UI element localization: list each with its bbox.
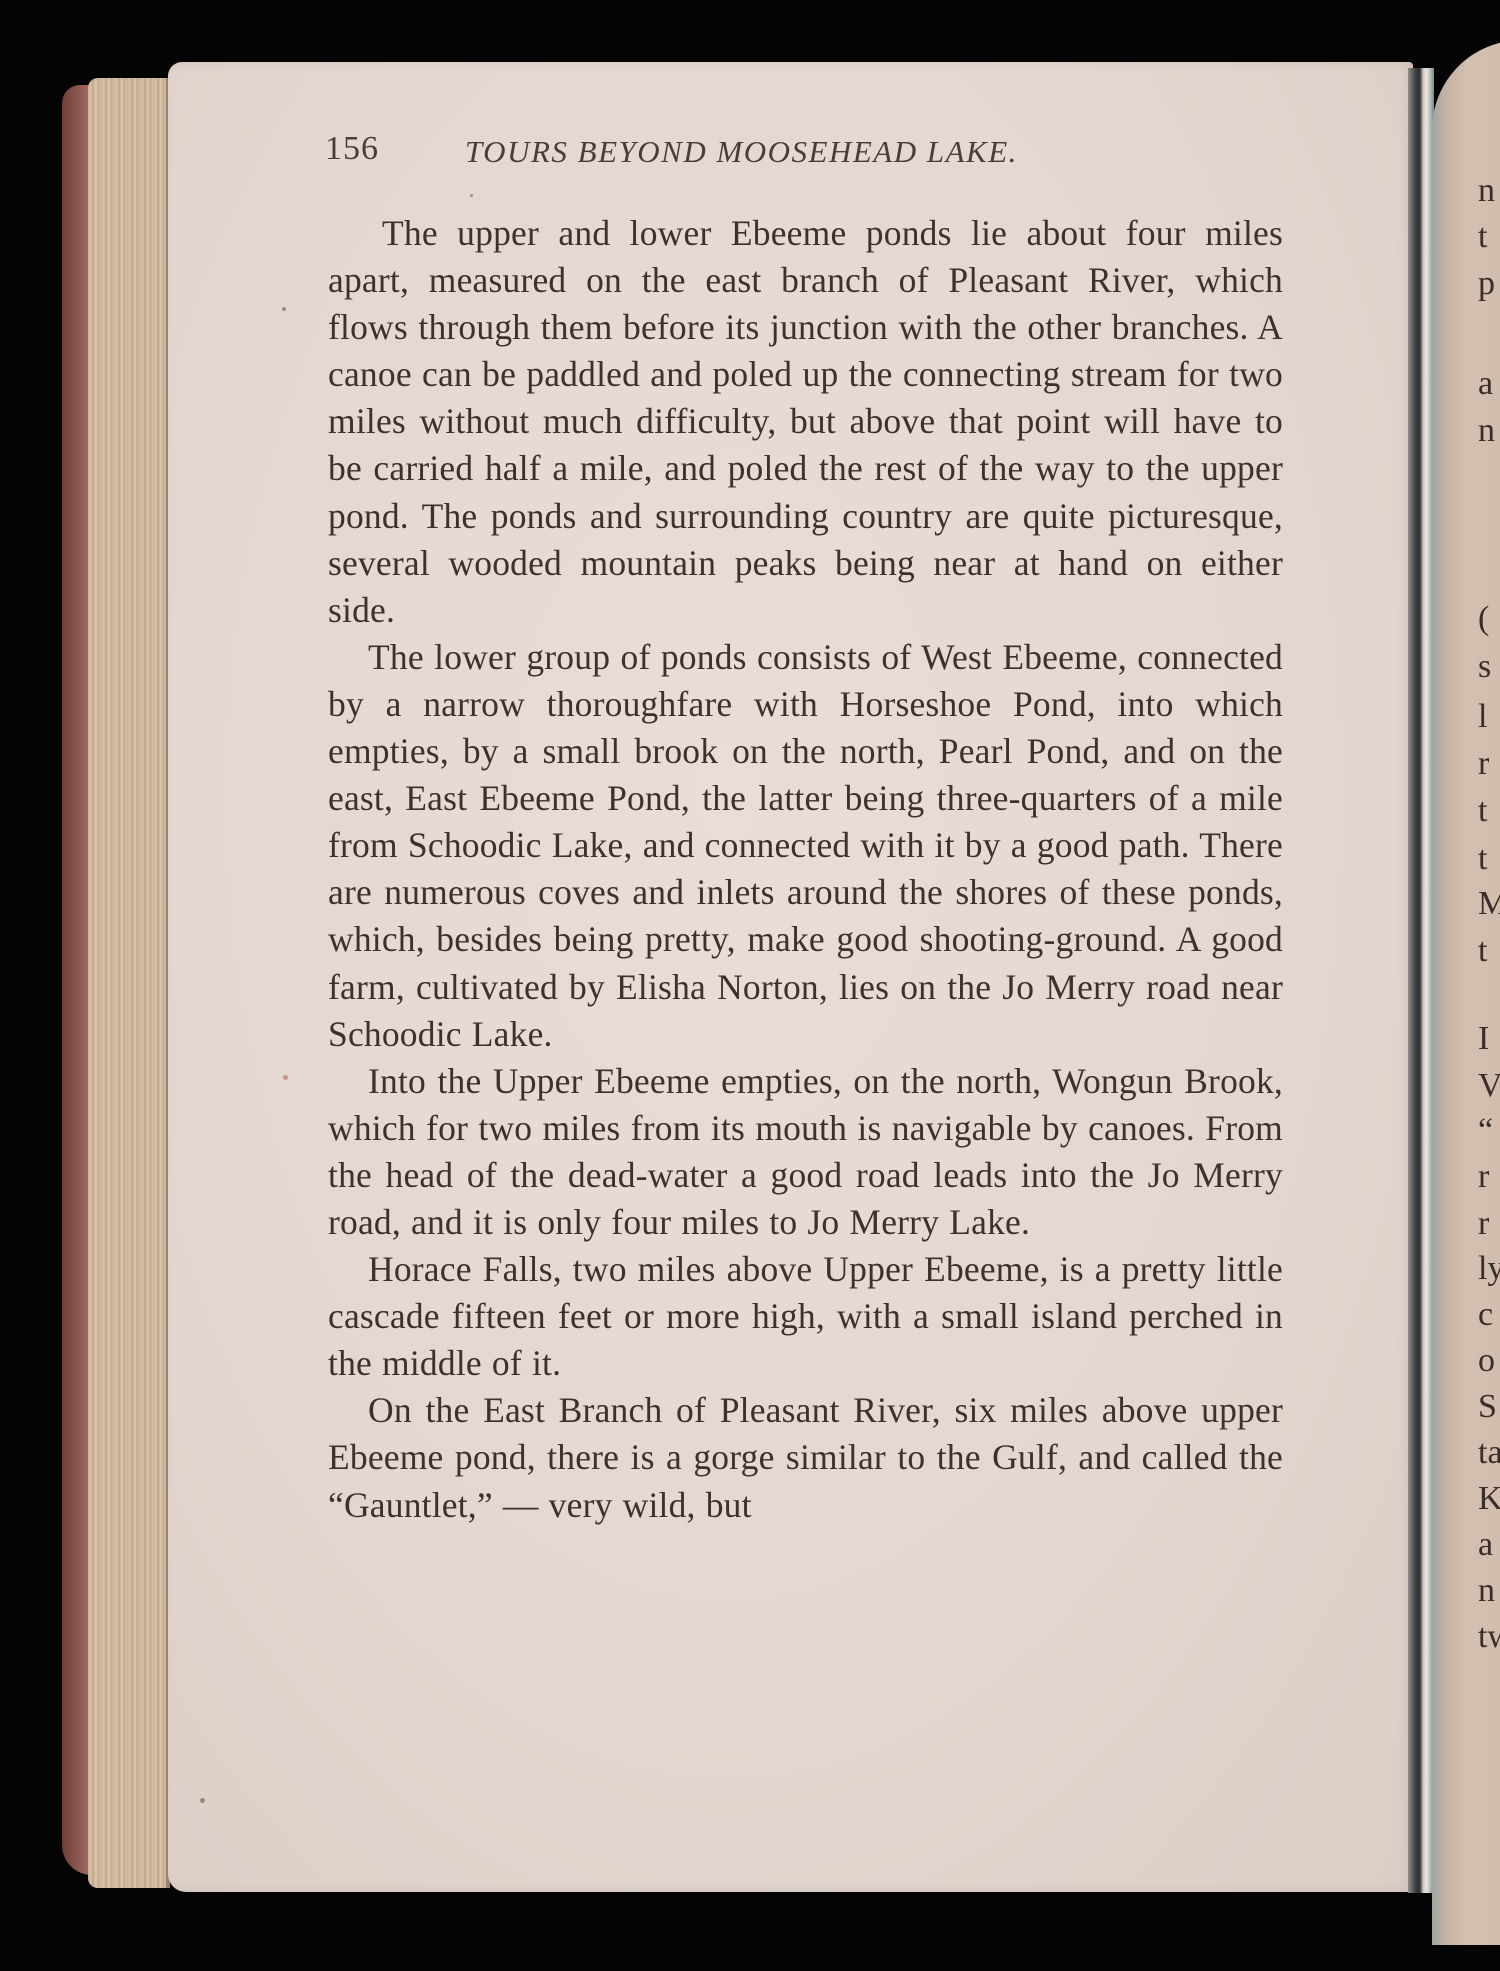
facing-page: ntpan(slrttMtIV“rrlycoStaKantw: [1432, 40, 1500, 1945]
facing-page-fragment: S: [1478, 1388, 1497, 1426]
facing-page-fragment: ta: [1478, 1434, 1500, 1472]
page-block-edge: [88, 78, 170, 1888]
paragraph-lower-group: The lower group of ponds consists of Wes…: [328, 634, 1283, 1058]
facing-page-fragment: p: [1478, 265, 1495, 303]
book-gutter: [1408, 68, 1434, 1893]
facing-page-fragment: n: [1478, 172, 1495, 210]
paragraph-gauntlet: On the East Branch of Pleasant River, si…: [328, 1387, 1283, 1528]
facing-page-fragment: ly: [1478, 1250, 1500, 1288]
facing-page-fragment: tw: [1478, 1618, 1500, 1656]
facing-page-fragment: K: [1478, 1480, 1500, 1518]
facing-page-fragment: r: [1478, 745, 1489, 783]
facing-page-fragment: r: [1478, 1205, 1489, 1243]
facing-page-fragment: a: [1478, 1526, 1493, 1564]
facing-page-fragment: c: [1478, 1296, 1493, 1334]
paragraph-wongun-brook: Into the Upper Ebeeme empties, on the no…: [328, 1058, 1283, 1246]
facing-page-fragment: r: [1478, 1158, 1489, 1196]
facing-page-fragment: n: [1478, 412, 1495, 450]
facing-page-fragment: n: [1478, 1572, 1495, 1610]
facing-page-fragment: o: [1478, 1342, 1495, 1380]
paragraph-ebeeme-ponds: The upper and lower Ebeeme ponds lie abo…: [328, 210, 1283, 634]
facing-page-fragment: M: [1478, 885, 1500, 923]
facing-page-fragment: a: [1478, 365, 1493, 403]
facing-page-fragment: V: [1478, 1067, 1500, 1105]
facing-page-fragment: (: [1478, 600, 1489, 638]
page-number: 156: [325, 130, 379, 168]
facing-page-fragment: t: [1478, 792, 1487, 830]
paragraph-horace-falls: Horace Falls, two miles above Upper Ebee…: [328, 1246, 1283, 1387]
facing-page-fragment: t: [1478, 932, 1487, 970]
running-title: TOURS BEYOND MOOSEHEAD LAKE.: [465, 134, 1018, 170]
facing-page-fragment: I: [1478, 1020, 1489, 1058]
body-text: The upper and lower Ebeeme ponds lie abo…: [328, 210, 1283, 1529]
facing-page-fragment: “: [1478, 1112, 1493, 1150]
facing-page-fragment: t: [1478, 218, 1487, 256]
facing-page-fragment: s: [1478, 648, 1491, 686]
facing-page-fragment: l: [1478, 698, 1487, 736]
running-head: 156 TOURS BEYOND MOOSEHEAD LAKE.: [320, 130, 1310, 180]
facing-page-fragment: t: [1478, 840, 1487, 878]
